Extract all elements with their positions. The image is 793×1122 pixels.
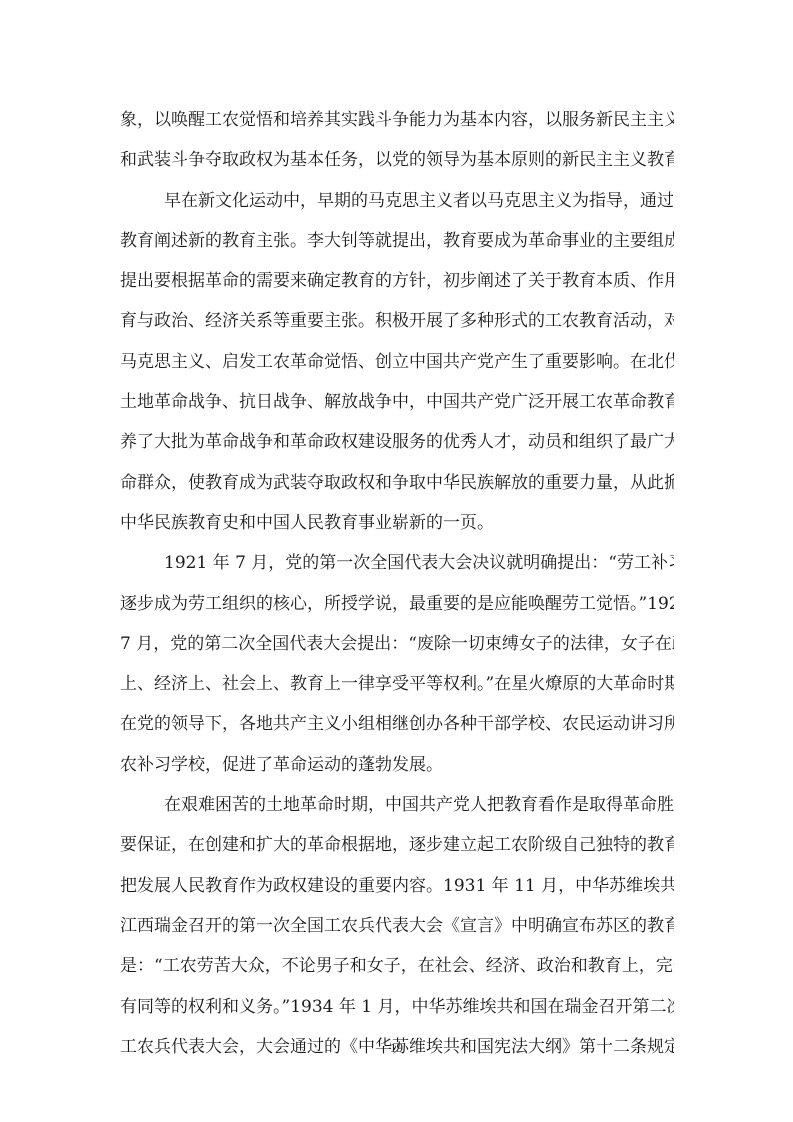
text-line: 教育阐述新的教育主张。李大钊等就提出，教育要成为革命事业的主要组成部分。	[120, 221, 674, 261]
text-line: 提出要根据革命的需要来确定教育的方针，初步阐述了关于教育本质、作用和教	[120, 261, 674, 301]
text-line: 有同等的权利和义务。”1934 年 1 月，中华苏维埃共和国在瑞金召开第二次全国	[120, 987, 674, 1027]
text-line: 在艰难困苦的土地革命时期，中国共产党人把教育看作是取得革命胜利的重	[120, 785, 674, 825]
text-line: 把发展人民教育作为政权建设的重要内容。1931 年 11 月，中华苏维埃共和国在	[120, 866, 674, 906]
text-line: 7 月，党的第二次全国代表大会提出：“废除一切束缚女子的法律，女子在政治	[120, 624, 674, 664]
text-line: 1921 年 7 月，党的第一次全国代表大会决议就明确提出：“劳工补习学校应	[120, 543, 674, 583]
text-line: 土地革命战争、抗日战争、解放战争中，中国共产党广泛开展工农革命教育，培	[120, 382, 674, 422]
text-line: 早在新文化运动中，早期的马克思主义者以马克思主义为指导，通过批判旧	[120, 181, 674, 221]
text-line: 农补习学校，促进了革命运动的蓬勃发展。	[120, 745, 674, 785]
text-line: 在党的领导下，各地共产主义小组相继创办各种干部学校、农民运动讲习所、工	[120, 704, 674, 744]
text-line: 命群众，使教育成为武装夺取政权和争取中华民族解放的重要力量，从此掀开了	[120, 463, 674, 503]
page-number: 19	[0, 1040, 793, 1056]
text-line: 逐步成为劳工组织的核心，所授学说，最重要的是应能唤醒劳工觉悟。”1922 年	[120, 584, 674, 624]
text-line: 中华民族教育史和中国人民教育事业崭新的一页。	[120, 503, 674, 543]
text-line: 江西瑞金召开的第一次全国工农兵代表大会《宣言》中明确宣布苏区的教育方针	[120, 906, 674, 946]
text-line: 和武装斗争夺取政权为基本任务，以党的领导为基本原则的新民主主义教育体系。	[120, 140, 674, 180]
text-line: 马克思主义、启发工农革命觉悟、创立中国共产党产生了重要影响。在北伐战争、	[120, 342, 674, 382]
document-page: 象，以唤醒工农觉悟和培养其实践斗争能力为基本内容，以服务新民主主义革命 和武装斗…	[0, 0, 793, 1122]
text-line: 要保证，在创建和扩大的革命根据地，逐步建立起工农阶级自己独特的教育体系，	[120, 825, 674, 865]
text-line: 上、经济上、社会上、教育上一律享受平等权利。”在星火燎原的大革命时期，	[120, 664, 674, 704]
text-line: 象，以唤醒工农觉悟和培养其实践斗争能力为基本内容，以服务新民主主义革命	[120, 100, 674, 140]
text-line: 是：“工农劳苦大众，不论男子和女子，在社会、经济、政治和教育上，完全享	[120, 946, 674, 986]
text-line: 育与政治、经济关系等重要主张。积极开展了多种形式的工农教育活动，对宣传	[120, 301, 674, 341]
text-line: 养了大批为革命战争和革命政权建设服务的优秀人才，动员和组织了最广大的革	[120, 422, 674, 462]
body-text: 象，以唤醒工农觉悟和培养其实践斗争能力为基本内容，以服务新民主主义革命 和武装斗…	[120, 100, 674, 1067]
